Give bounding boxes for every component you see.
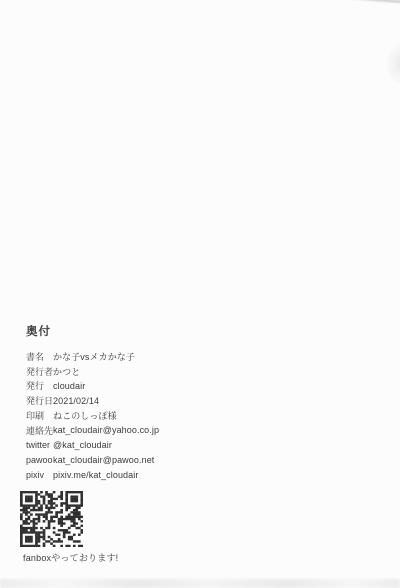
row-label: pawoo [26, 455, 53, 465]
colophon-row-printer: 印刷 ねこのしっぽ様 [26, 408, 366, 423]
row-value: pixiv.me/kat_cloudair [53, 470, 138, 480]
scan-artifact-smudge [386, 44, 400, 84]
colophon-row-pawoo: pawoo kat_cloudair@pawoo.net [26, 453, 366, 468]
colophon-table: 書名 かな子vsメカかな子 発行者 かつと 発行 cloudair 発行日 20… [26, 349, 366, 482]
row-label: pixiv [26, 470, 53, 480]
row-value: @kat_cloudair [53, 440, 112, 450]
colophon-row-twitter: twitter @kat_cloudair [26, 438, 366, 453]
qr-code-icon [20, 491, 83, 547]
row-label: twitter [26, 440, 53, 450]
row-label: 書名 [26, 350, 53, 363]
row-label: 連絡先 [26, 424, 53, 437]
row-label: 発行者 [26, 365, 53, 378]
fanbox-note: fanboxやっております! [23, 551, 118, 564]
scan-artifact-line [290, 0, 400, 4]
colophon-row-title: 書名 かな子vsメカかな子 [26, 349, 366, 364]
row-value: kat_cloudair@yahoo.co.jp [53, 425, 159, 435]
colophon-row-pixiv: pixiv pixiv.me/kat_cloudair [26, 467, 366, 482]
colophon-row-date: 発行日 2021/02/14 [26, 393, 366, 408]
row-label: 発行日 [26, 394, 53, 407]
colophon-heading: 奥付 [26, 323, 51, 339]
colophon-page: 奥付 書名 かな子vsメカかな子 発行者 かつと 発行 cloudair 発行日… [0, 0, 400, 588]
colophon-row-contact: 連絡先 kat_cloudair@yahoo.co.jp [26, 423, 366, 438]
row-value: 2021/02/14 [53, 396, 99, 406]
row-label: 発行 [26, 379, 53, 392]
row-value: かつと [53, 365, 80, 378]
row-label: 印刷 [26, 409, 53, 422]
colophon-row-author: 発行者 かつと [26, 364, 366, 379]
colophon-row-publisher: 発行 cloudair [26, 379, 366, 394]
scan-edge-shadow [0, 579, 400, 588]
row-value: ねこのしっぽ様 [53, 409, 117, 422]
row-value: kat_cloudair@pawoo.net [53, 455, 154, 465]
row-value: かな子vsメカかな子 [53, 350, 135, 363]
row-value: cloudair [53, 381, 85, 391]
